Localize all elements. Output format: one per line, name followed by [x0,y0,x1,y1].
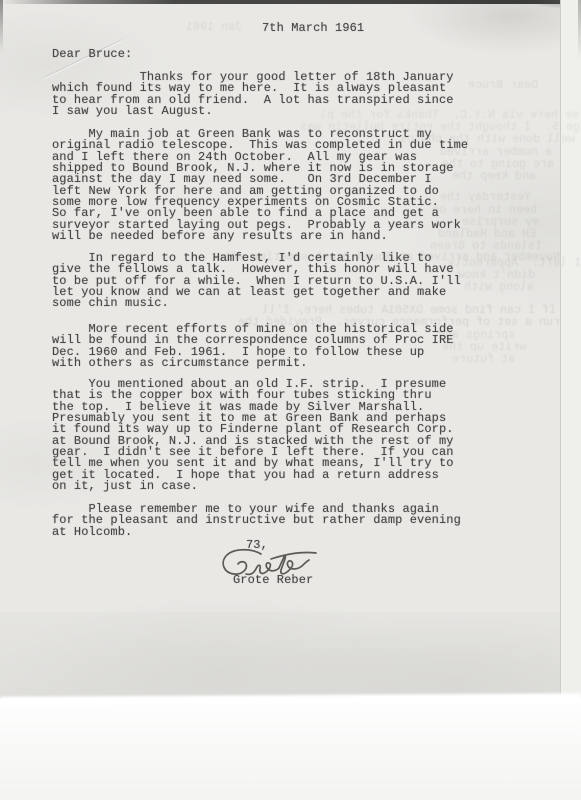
letter-salutation: Dear Bruce: [52,49,132,60]
letter-typed-name: Grote Reber [233,575,313,586]
scan-background-below-page [0,699,581,800]
bleedthrough-text: Dear Bruce [468,80,538,91]
letter-paragraph-5: You mentioned about an old I.F. strip. I… [52,379,454,492]
bleedthrough-text: Jan 1961 [186,22,242,33]
letter-paragraph-4: More recent efforts of mine on the histo… [52,324,454,369]
bleedthrough-text: my surprise [462,217,539,228]
paper-shading-band [0,612,581,700]
scan-left-edge [0,0,3,52]
scanned-letter-page: Jan 1961 Dear Bruce to me here via N.Y.C… [0,0,581,800]
scan-top-edge [0,0,581,4]
letter-paragraph-6: Please remember me to your wife and than… [52,504,461,538]
bleedthrough-text: write up the [442,342,526,353]
letter-date: 7th March 1961 [262,23,364,34]
letter-paragraph-2: My main job at Green Bank was to reconst… [52,129,468,242]
bleedthrough-text: at future [452,354,515,365]
letter-paragraph-1: Thanks for your good letter of 18th Janu… [52,72,454,117]
bleedthrough-text: didn't know [458,270,535,281]
bleedthrough-text: I left. Apparently [448,258,581,269]
letter-paragraph-3: In regard to the Hamfest, I'd certainly … [52,253,461,310]
bleedthrough-text: along with [464,282,534,293]
